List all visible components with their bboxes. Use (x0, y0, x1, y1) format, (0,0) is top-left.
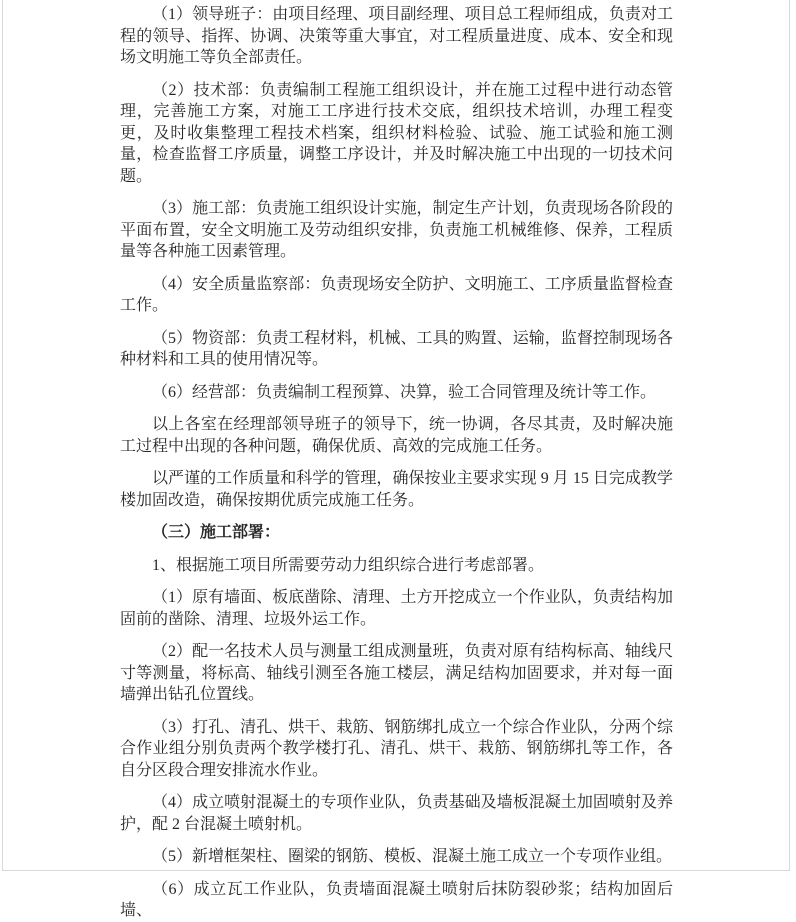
paragraph-survey-team: （2）配一名技术人员与测量工组成测量班，负责对原有结构标高、轴线尺寸等测量，将标… (120, 641, 673, 706)
paragraph-materials-dept: （5）物资部：负责工程材料，机械、工具的购置、运输，监督控制现场各种材料和工具的… (120, 328, 673, 371)
paragraph-schedule-commitment: 以严谨的工作质量和科学的管理，确保按业主要求实现 9 月 15 日完成教学楼加固… (120, 468, 673, 511)
paragraph-operations-dept: （6）经营部：负责编制工程预算、决算，验工合同管理及统计等工作。 (120, 382, 673, 404)
paragraph-frame-column-team: （5）新增框架柱、圈梁的钢筋、模板、混凝土施工成立一个专项作业组。 (120, 846, 673, 868)
document-content: （1）领导班子：由项目经理、项目副经理、项目总工程师组成，负责对工程的领导、指挥… (3, 0, 789, 876)
paragraph-safety-quality-dept: （4）安全质量监察部：负责现场安全防护、文明施工、工序质量监督检查工作。 (120, 274, 673, 317)
section-heading-construction-deployment: （三）施工部署： (120, 522, 673, 544)
paragraph-labor-planning: 1、根据施工项目所需要劳动力组织综合进行考虑部署。 (120, 555, 673, 577)
paragraph-coordination-summary: 以上各室在经理部领导班子的领导下，统一协调，各尽其责，及时解决施工过程中出现的各… (120, 414, 673, 457)
paragraph-drilling-rebar-team: （3）打孔、清孔、烘干、栽筋、钢筋绑扎成立一个综合作业队，分两个综合作业组分别负… (120, 717, 673, 782)
paragraph-demolition-team: （1）原有墙面、板底凿除、清理、土方开挖成立一个作业队，负责结构加固前的凿除、清… (120, 587, 673, 630)
paragraph-leadership-group: （1）领导班子：由项目经理、项目副经理、项目总工程师组成，负责对工程的领导、指挥… (120, 4, 673, 69)
paragraph-shotcrete-team: （4）成立喷射混凝土的专项作业队，负责基础及墙板混凝土加固喷射及养护，配 2 台… (120, 792, 673, 835)
paragraph-construction-dept: （3）施工部：负责施工组织设计实施，制定生产计划，负责现场各阶段的平面布置，安全… (120, 198, 673, 263)
paragraph-technical-dept: （2）技术部：负责编制工程施工组织设计，并在施工过程中进行动态管理，完善施工方案… (120, 80, 673, 188)
document-page: （1）领导班子：由项目经理、项目副经理、项目总工程师组成，负责对工程的领导、指挥… (2, 0, 790, 871)
